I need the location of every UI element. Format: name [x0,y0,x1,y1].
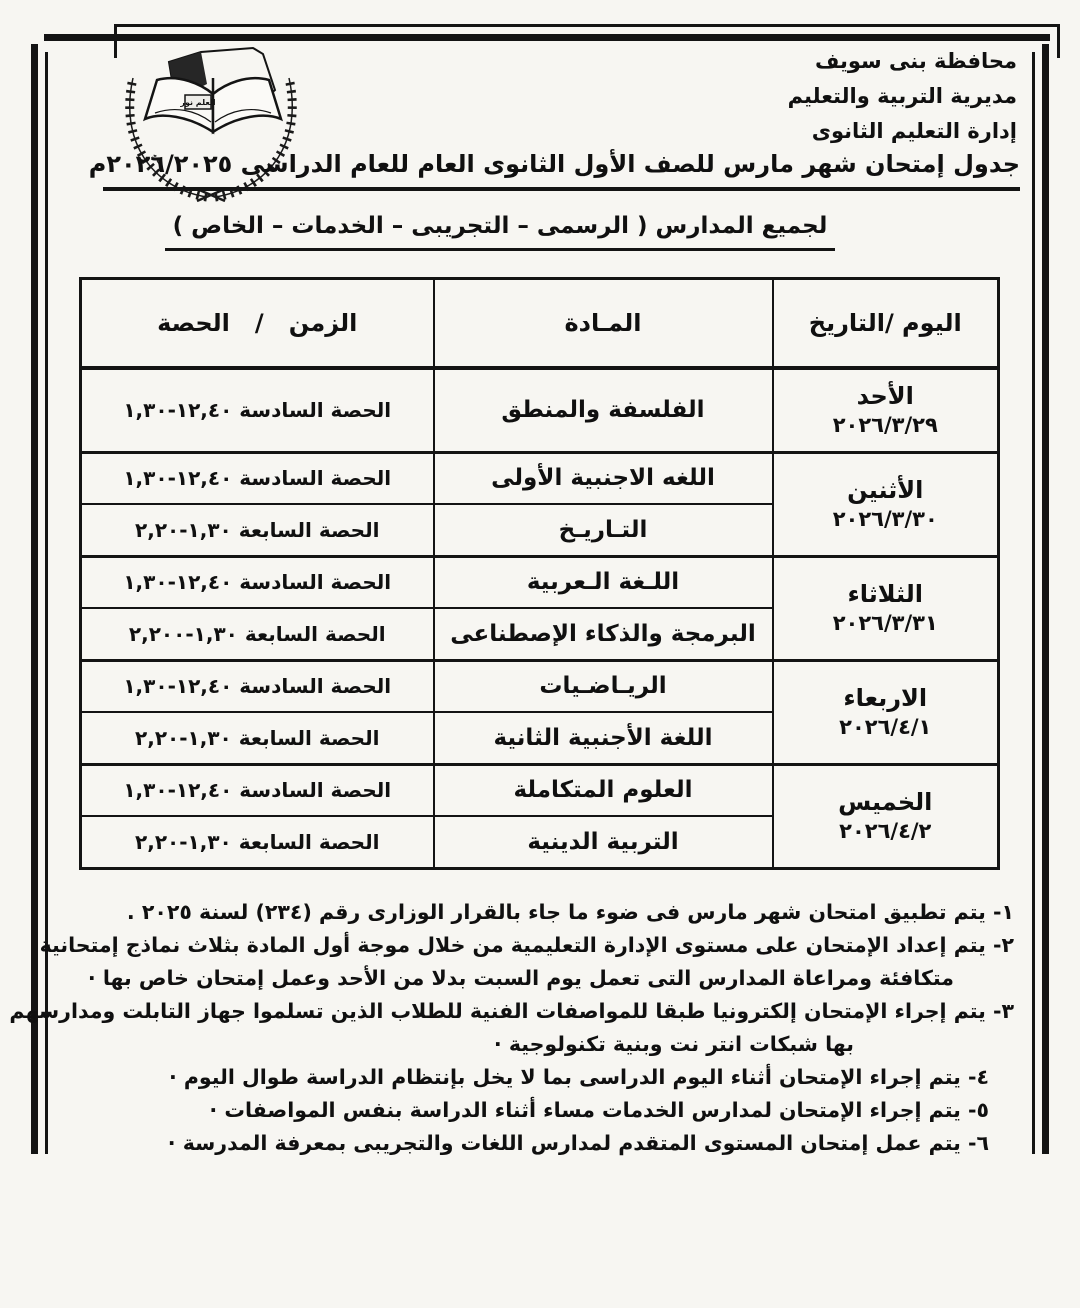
note-line: ٤- يتم إجراء الإمتحان أثناء اليوم الدراس… [55,1061,1014,1094]
time-period-cell: الحصة السادسة ١٢,٤٠-١,٣٠ [81,556,434,608]
day-group-start-row: الأحد٢٠٢٦/٣/٢٩الفلسفة والمنطقالحصة الساد… [81,368,999,452]
note-line: ٦- يتم عمل إمتحان المستوى المتقدم لمدارس… [55,1127,1014,1160]
day-date-cell: الأثنين٢٠٢٦/٣/٣٠ [773,452,999,556]
time-period-cell: الحصة السادسة ١٢,٤٠-١,٣٠ [81,452,434,504]
note-continuation-line: متكافئة ومراعاة المدارس التى تعمل يوم ال… [55,962,1014,995]
day-date: ٢٠٢٦/٣/٢٩ [778,411,994,439]
page-border-left-thin [45,52,48,1154]
day-date: ٢٠٢٦/٣/٣٠ [778,505,994,533]
org-line-directorate: مديرية التربية والتعليم [788,79,1017,114]
page-border-right-thin [1032,52,1035,1154]
day-date: ٢٠٢٦/٤/٢ [778,817,994,845]
day-name: الخميس [778,787,994,817]
subject-cell: الريـاضـيات [434,660,773,712]
subject-cell: اللـغة الـعربية [434,556,773,608]
col-header-day-date: اليوم /التاريخ [773,279,999,369]
document-subtitle-text: لجميع المدارس ( الرسمى – التجريبى – الخد… [165,213,836,251]
page-border-left-thick [31,44,38,1154]
time-period-cell: الحصة السابعة ١,٣٠-٢,٢٠ [81,816,434,868]
page-border-right-thick [1042,44,1049,1154]
notes-list: ١- يتم تطبيق امتحان شهر مارس فى ضوء ما ج… [55,896,1014,1160]
day-group-start-row: الثلاثاء٢٠٢٦/٣/٣١اللـغة الـعربيةالحصة ال… [81,556,999,608]
day-group-start-row: الأثنين٢٠٢٦/٣/٣٠اللغه الاجنبية الأولىالح… [81,452,999,504]
day-group-start-row: الاربعاء٢٠٢٦/٤/١الريـاضـياتالحصة السادسة… [81,660,999,712]
time-period-cell: الحصة السابعة ١,٣٠-٢,٢٠٠ [81,608,434,660]
exam-table-body: الأحد٢٠٢٦/٣/٢٩الفلسفة والمنطقالحصة الساد… [81,368,999,868]
time-period-cell: الحصة السادسة ١٢,٤٠-١,٣٠ [81,368,434,452]
day-date-cell: الخميس٢٠٢٦/٤/٢ [773,764,999,868]
subject-cell: العلوم المتكاملة [434,764,773,816]
note-line: ٢- يتم إعداد الإمتحان على مستوى الإدارة … [55,929,1014,962]
subject-cell: البرمجة والذكاء الإصطناعى [434,608,773,660]
emblem-book-motto: العلم نور [179,98,215,107]
subject-cell: الفلسفة والمنطق [434,368,773,452]
col-header-time-period: الزمن / الحصة [81,279,434,369]
note-continuation-line: بها شبكات انتر نت وبنية تكنولوجية · [55,1028,1014,1061]
org-line-administration: إدارة التعليم الثانوى [788,114,1017,149]
subject-cell: التـاريـخ [434,504,773,556]
note-line: ١- يتم تطبيق امتحان شهر مارس فى ضوء ما ج… [55,896,1014,929]
day-date-cell: الأحد٢٠٢٦/٣/٢٩ [773,368,999,452]
note-line: ٥- يتم إجراء الإمتحان لمدارس الخدمات مسا… [55,1094,1014,1127]
subject-cell: اللغه الاجنبية الأولى [434,452,773,504]
note-line: ٣- يتم إجراء الإمتحان إلكترونيا طبقا للم… [55,995,1014,1028]
col-header-subject: المـادة [434,279,773,369]
subject-cell: التربية الدينية [434,816,773,868]
time-period-cell: الحصة السابعة ١,٣٠-٢,٢٠ [81,712,434,764]
org-line-governorate: محافظة بنى سويف [788,44,1017,79]
day-name: الأثنين [778,475,994,505]
day-group-start-row: الخميس٢٠٢٦/٤/٢العلوم المتكاملةالحصة السا… [81,764,999,816]
page-border-corner-stub [1057,24,1060,58]
day-date: ٢٠٢٦/٣/٣١ [778,609,994,637]
time-period-cell: الحصة السادسة ١٢,٤٠-١,٣٠ [81,764,434,816]
subject-cell: اللغة الأجنبية الثانية [434,712,773,764]
exam-schedule-table: اليوم /التاريخ المـادة الزمن / الحصة الأ… [79,277,1000,870]
time-period-cell: الحصة السادسة ١٢,٤٠-١,٣٠ [81,660,434,712]
day-date: ٢٠٢٦/٤/١ [778,713,994,741]
document-title: جدول إمتحان شهر مارس للصف الأول الثانوى … [103,150,1020,191]
scanned-exam-schedule-document: محافظة بنى سويف مديرية التربية والتعليم … [0,0,1080,1308]
org-header-block: محافظة بنى سويف مديرية التربية والتعليم … [788,44,1017,149]
time-period-cell: الحصة السابعة ١,٣٠-٢,٢٠ [81,504,434,556]
day-name: الأحد [778,381,994,411]
document-subtitle: لجميع المدارس ( الرسمى – التجريبى – الخد… [150,213,850,251]
page-border-top-thin [114,24,1060,27]
day-date-cell: الثلاثاء٢٠٢٦/٣/٣١ [773,556,999,660]
day-name: الثلاثاء [778,579,994,609]
day-date-cell: الاربعاء٢٠٢٦/٤/١ [773,660,999,764]
day-name: الاربعاء [778,683,994,713]
table-header-row: اليوم /التاريخ المـادة الزمن / الحصة [81,279,999,369]
